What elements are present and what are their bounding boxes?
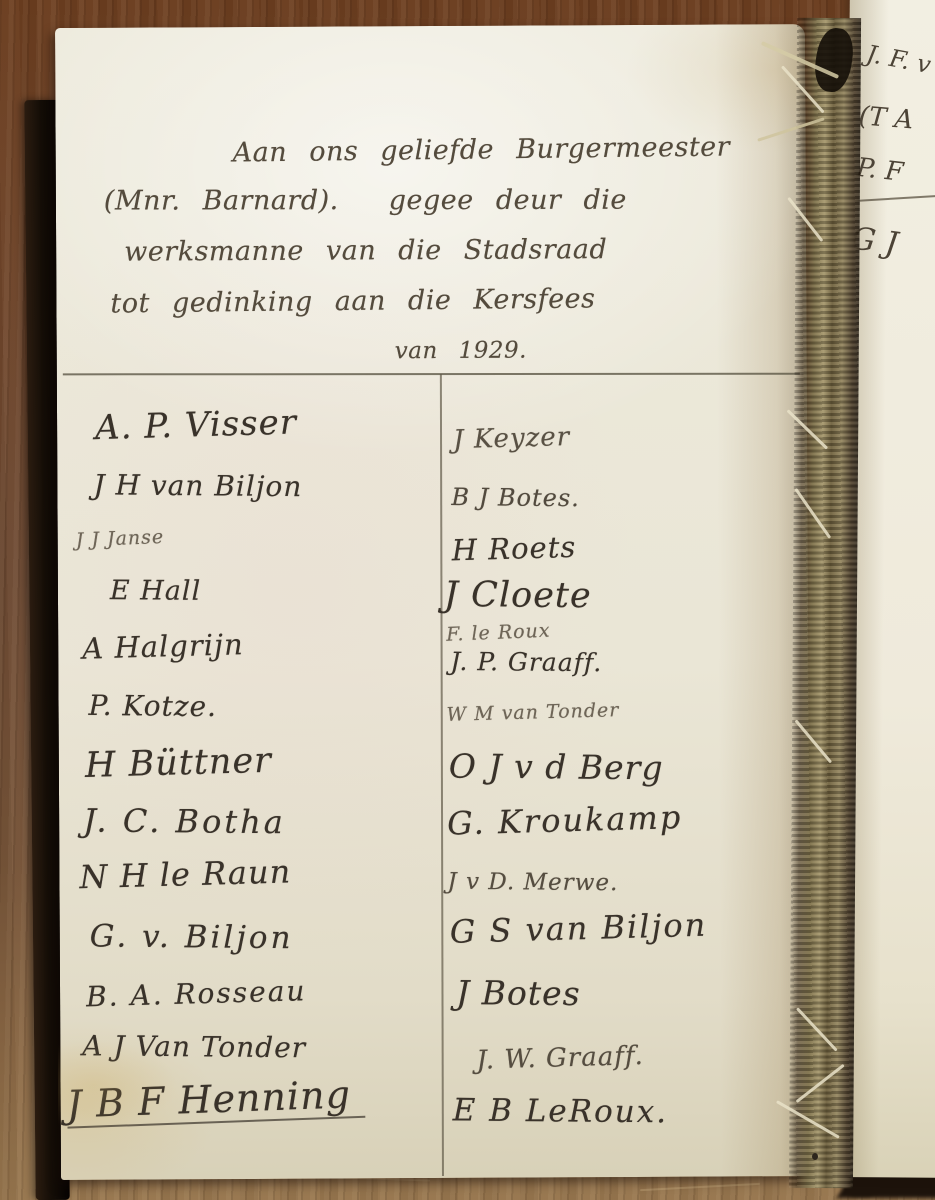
handwriting-fragment: P. F: [855, 153, 905, 188]
dedication-page: Aan ons geliefde Burgermeester (Mnr. Bar…: [55, 24, 811, 1180]
signature: J Botes: [456, 973, 581, 1013]
signature: J Keyzer: [453, 422, 571, 455]
signature: H Roets: [451, 530, 576, 567]
ink-spot: [812, 1153, 818, 1160]
handwriting-fragment: J. F. v: [864, 40, 933, 79]
signature: E B LeRoux.: [453, 1092, 669, 1130]
signature: J Cloete: [444, 575, 592, 616]
signature: F. le Roux: [446, 620, 551, 646]
signature: G. Kroukamp: [447, 798, 683, 843]
photo-of-signed-book-page: Aan ons geliefde Burgermeester (Mnr. Bar…: [0, 0, 935, 1200]
signature: O J v d Berg: [449, 746, 664, 787]
handwriting-fragment: (T A: [858, 101, 915, 135]
signature: G S van Biljon: [449, 906, 708, 951]
signature-column-right: J Keyzer B J Botes. H Roets J Cloete F. …: [55, 24, 811, 1180]
signature: J. W. Graaff.: [476, 1041, 644, 1076]
signature: B J Botes.: [451, 483, 580, 512]
signature: W M van Tonder: [446, 699, 619, 726]
signature: J. P. Graaff.: [450, 647, 602, 677]
page-stain: [58, 1040, 178, 1130]
signature: J v D. Merwe.: [447, 869, 618, 896]
